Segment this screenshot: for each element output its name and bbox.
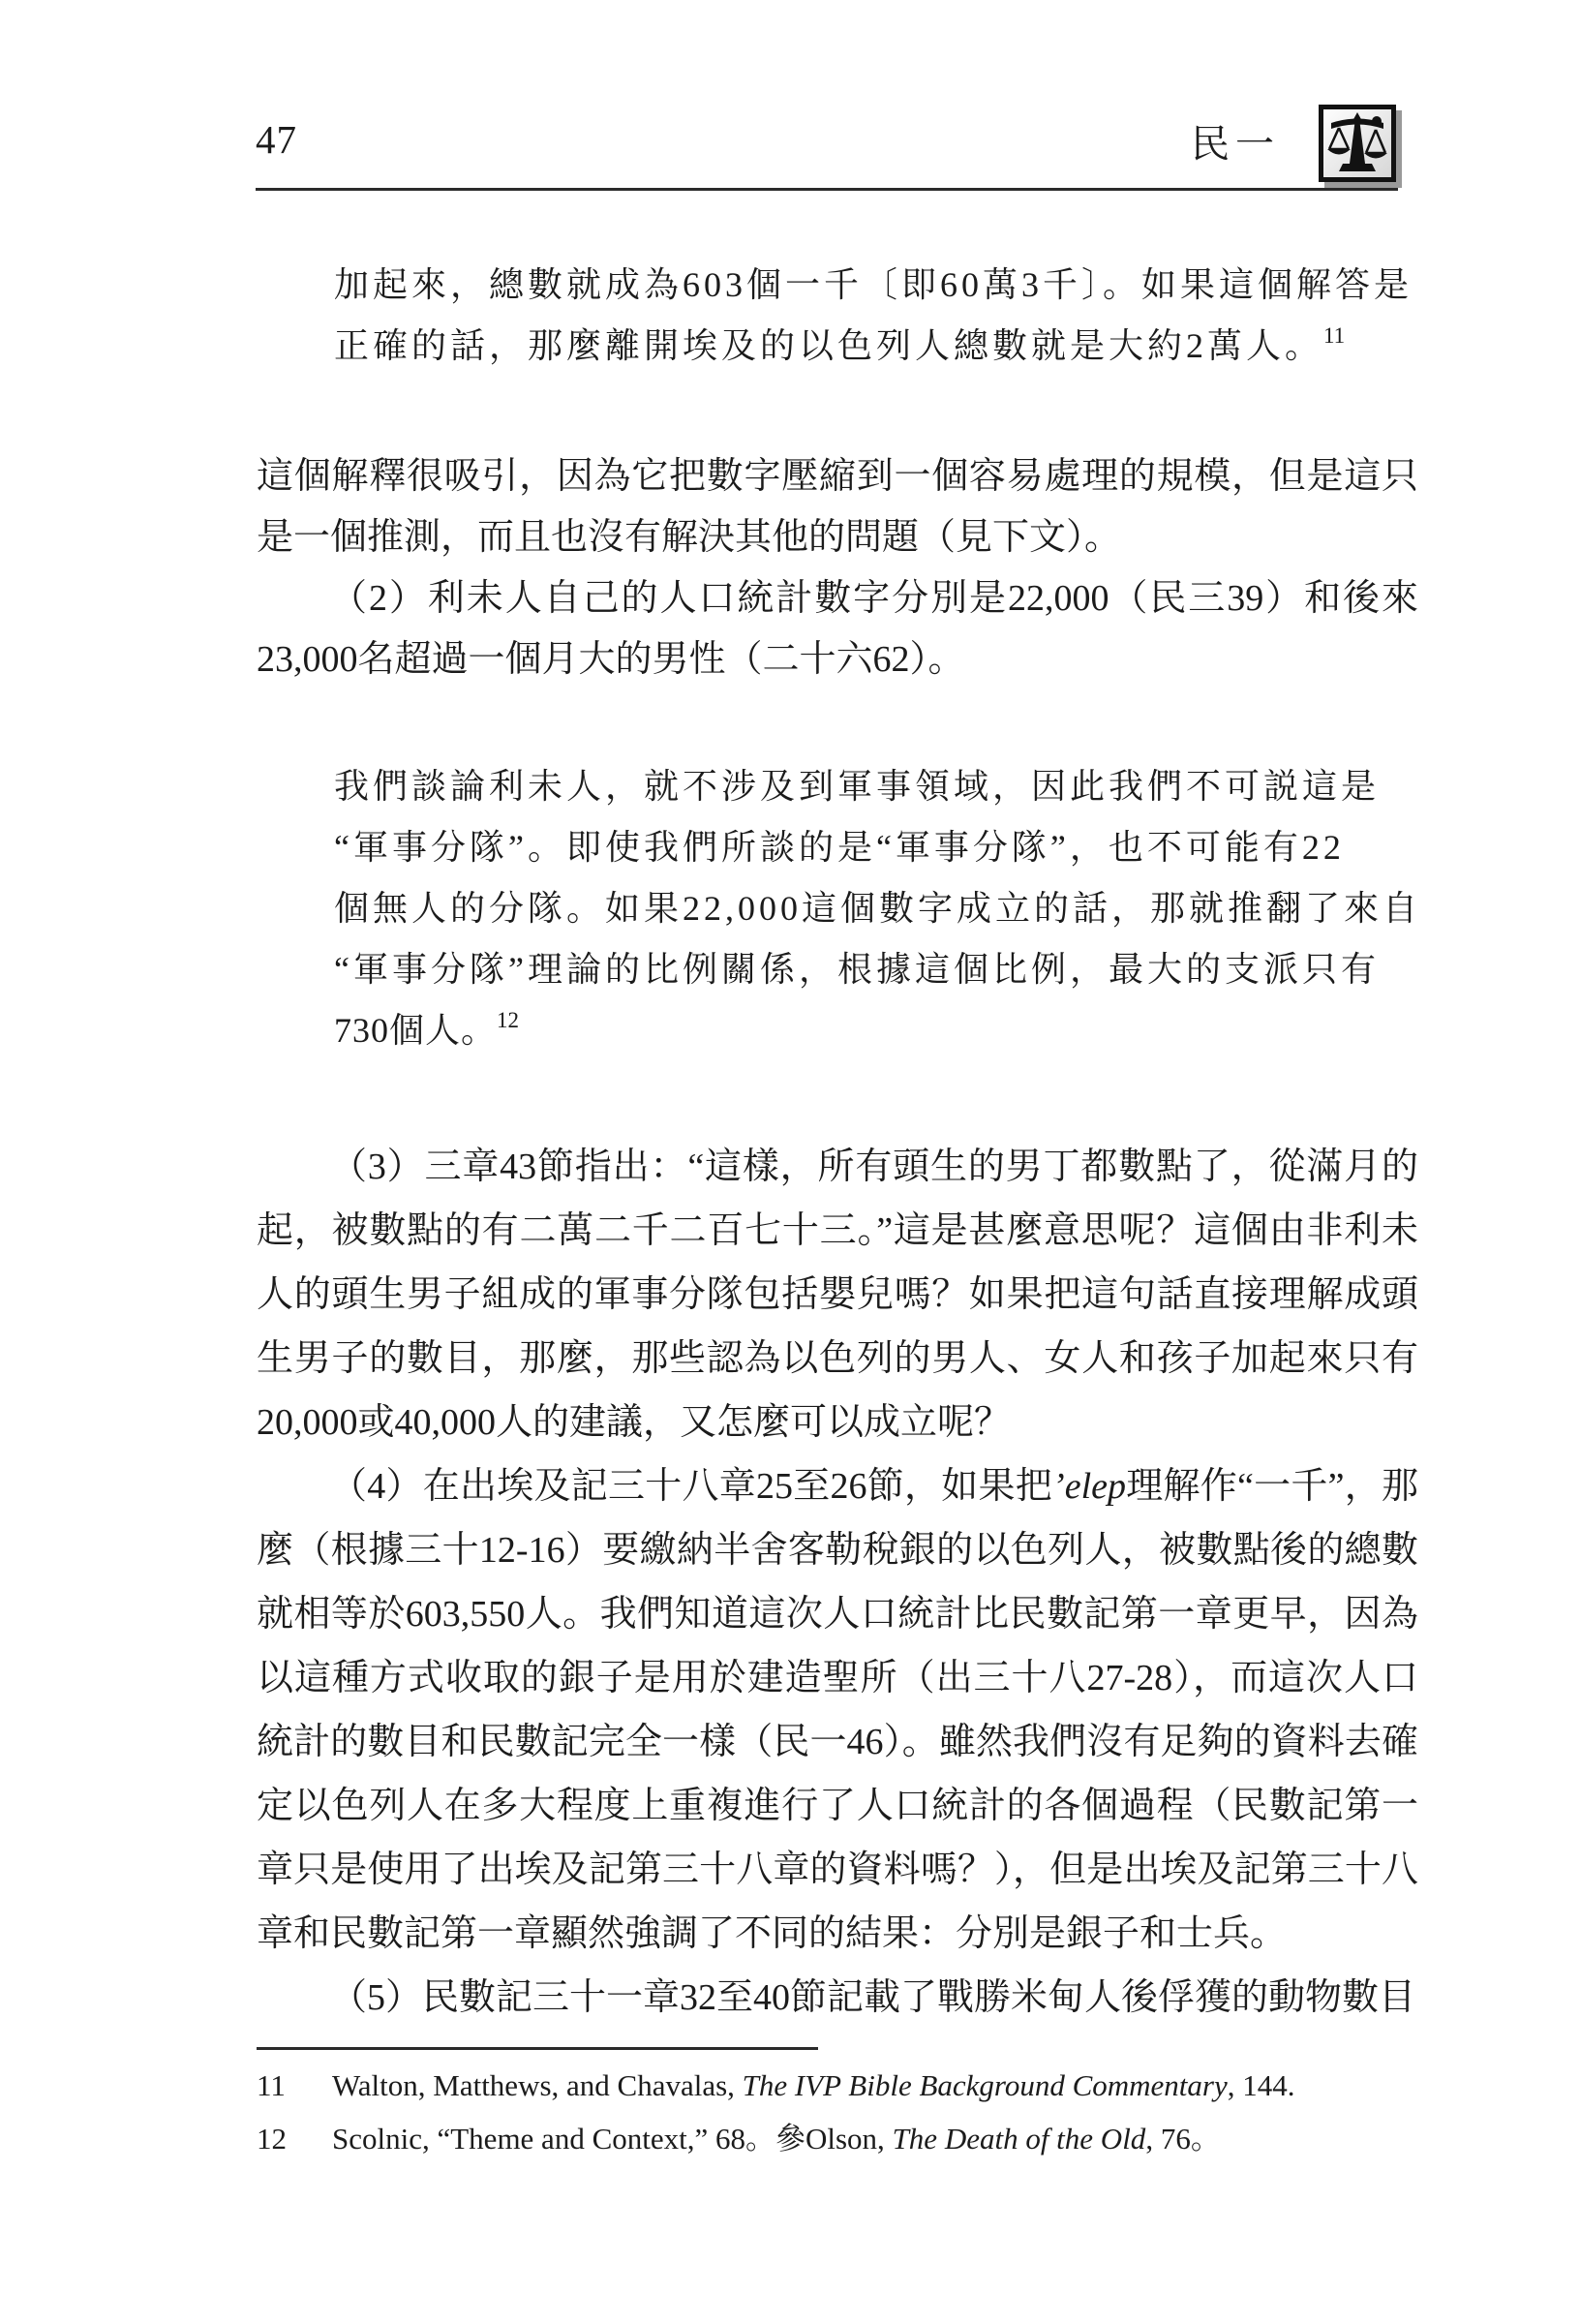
footnote-text: Walton, Matthews, and Chavalas, The IVP … (332, 2059, 1447, 2112)
body-block-b: （3）三章43節指出：“這樣，所有頭生的男丁都數點了，從滿月的起，被數點的有二萬… (257, 1135, 1418, 2030)
page-number: 47 (256, 116, 297, 163)
quote-line: “軍事分隊”理論的比例關係，根據這個比例，最大的支派只有 (334, 939, 1375, 1000)
body-block-a: 這個解釋很吸引，因為它把數字壓縮到一個容易處理的規模，但是這只是一個推測，而且也… (257, 446, 1418, 690)
footnote-ref-11: 11 (1323, 323, 1345, 348)
quote-line: 正確的話，那麼離開埃及的以色列人總數就是大約2萬人。11 (334, 316, 1375, 377)
paragraph-3: （3）三章43節指出：“這樣，所有頭生的男丁都數點了，從滿月的起，被數點的有二萬… (257, 1135, 1418, 1454)
footnote-number: 11 (257, 2059, 332, 2112)
footnote-ref-12: 12 (497, 1008, 519, 1032)
footnote-number: 12 (257, 2112, 332, 2165)
footnote-11: 11 Walton, Matthews, and Chavalas, The I… (257, 2059, 1447, 2112)
page-header-right: 民一 (1191, 105, 1396, 182)
quote-line: 我們談論利未人，就不涉及到軍事領域，因此我們不可説這是 (334, 756, 1375, 817)
paragraph-2: （2）利未人自己的人口統計數字分別是22,000（民三39）和後來23,000名… (257, 568, 1418, 690)
paragraph-4: （4）在出埃及記三十八章25至26節，如果把’elep理解作“一千”，那麼（根據… (257, 1454, 1418, 1966)
running-head: 民一 (1191, 113, 1280, 174)
footnote-12: 12 Scolnic, “Theme and Context,” 68。參Ols… (257, 2112, 1447, 2165)
paragraph-5: （5）民數記三十一章32至40節記載了戰勝米甸人後俘獲的動物數目 (257, 1966, 1418, 2030)
quote-line: “軍事分隊”。即使我們所談的是“軍事分隊”，也不可能有22 (334, 817, 1375, 878)
block-quote-2: 我們談論利未人，就不涉及到軍事領域，因此我們不可説這是 “軍事分隊”。即使我們所… (334, 756, 1375, 1061)
book-page: 47 民一 加起來，總數就成為603個一千〔即60萬3千〕。如果這個解答是 正確… (0, 0, 1580, 2324)
quote-line: 730個人。12 (334, 1000, 1375, 1061)
hebrew-term: ’elep (1052, 1466, 1126, 1507)
header-rule (256, 188, 1398, 191)
scales-of-justice-icon (1319, 105, 1396, 182)
quote-line: 加起來，總數就成為603個一千〔即60萬3千〕。如果這個解答是 (334, 255, 1375, 316)
paragraph-intro: 這個解釋很吸引，因為它把數字壓縮到一個容易處理的規模，但是這只是一個推測，而且也… (257, 446, 1418, 568)
footnote-separator (257, 2047, 818, 2050)
footnote-text: Scolnic, “Theme and Context,” 68。參Olson,… (332, 2112, 1447, 2165)
block-quote-1: 加起來，總數就成為603個一千〔即60萬3千〕。如果這個解答是 正確的話，那麼離… (334, 255, 1375, 377)
quote-line: 個無人的分隊。如果22,000這個數字成立的話，那就推翻了來自 (334, 878, 1375, 939)
footnotes: 11 Walton, Matthews, and Chavalas, The I… (257, 2059, 1447, 2165)
